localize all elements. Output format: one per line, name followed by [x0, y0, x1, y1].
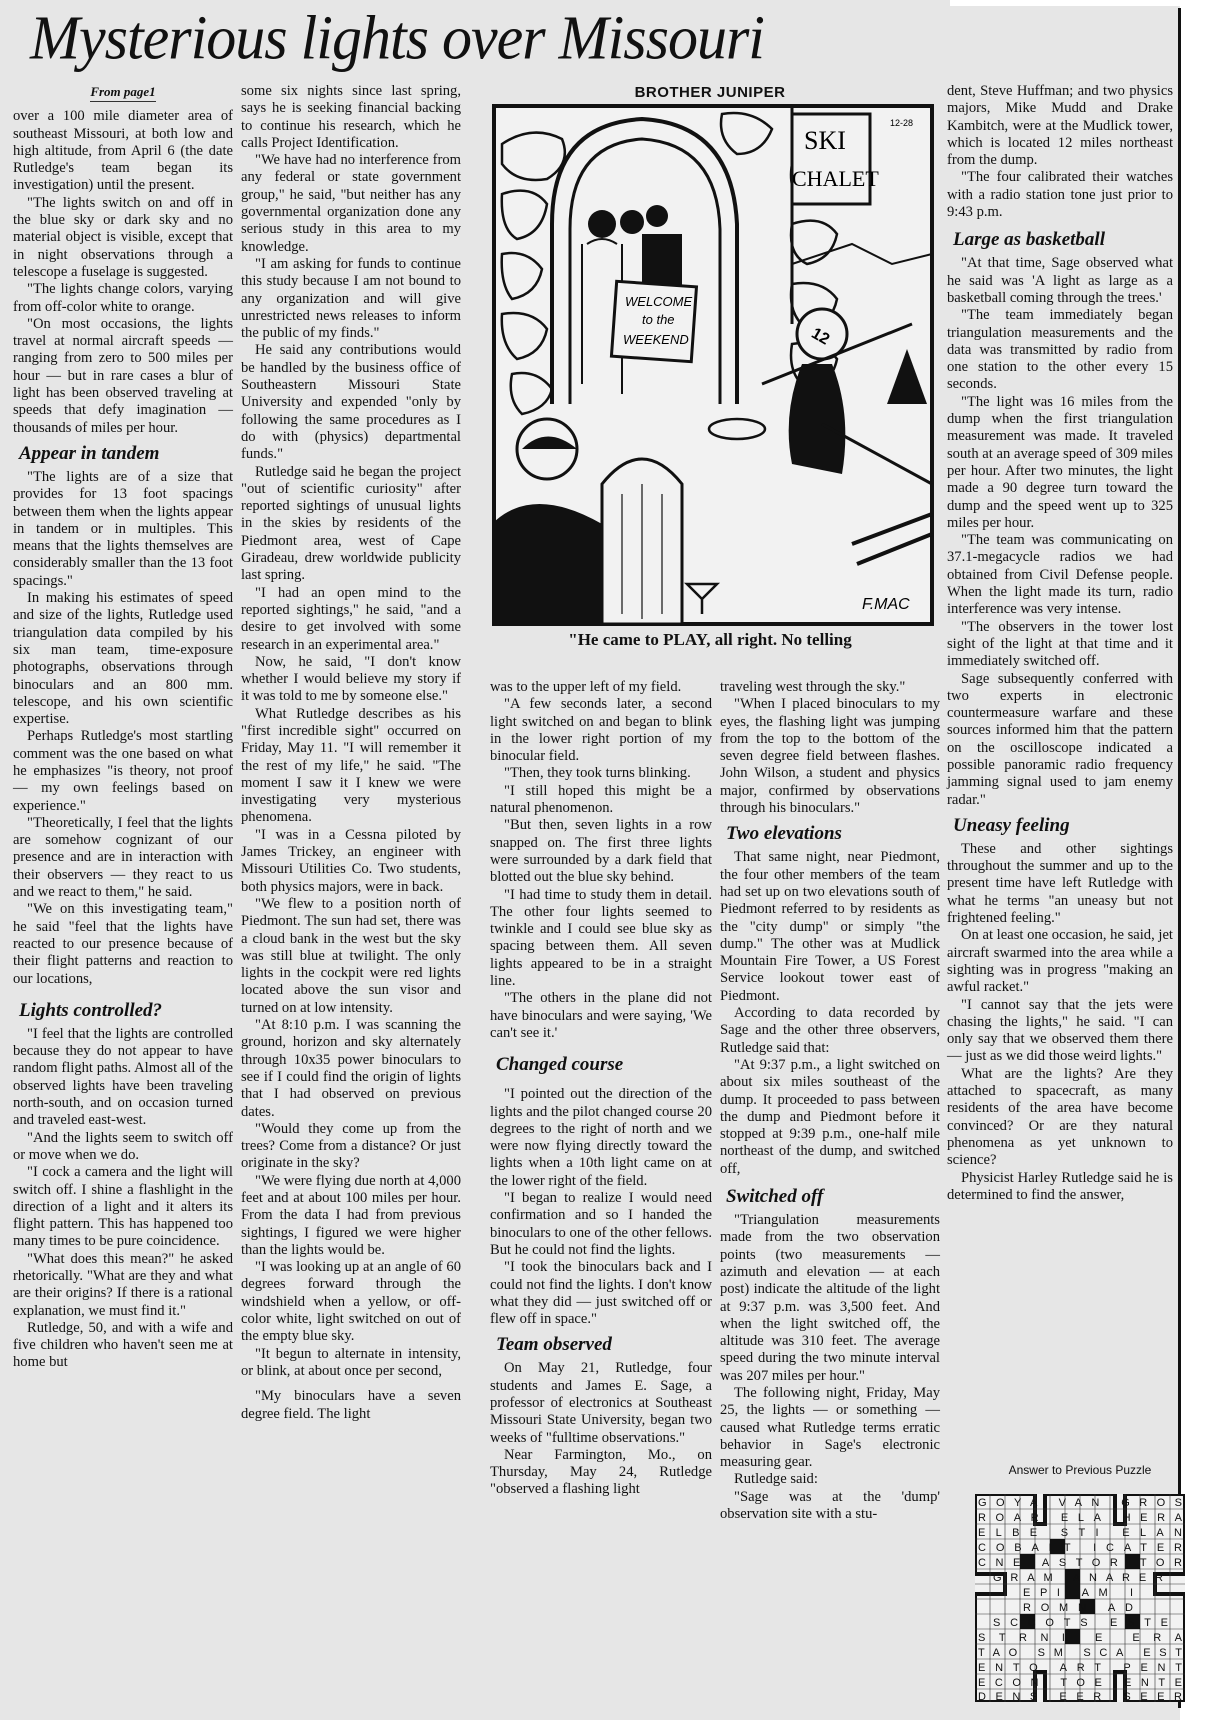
paragraph: "I took the binoculars back and I could …	[490, 1259, 712, 1328]
paragraph: "When I placed binoculars to my eyes, th…	[720, 696, 940, 817]
article-column-3: was to the upper left of my field. "A fe…	[490, 679, 712, 1499]
headline: Mysterious lights over Missouri	[30, 2, 764, 74]
paragraph: "Triangulation measurements made from th…	[720, 1212, 940, 1385]
subhead: Changed course	[496, 1054, 712, 1076]
paragraph: "At 8:10 p.m. I was scanning the ground,…	[241, 1017, 461, 1121]
paragraph: Rutledge said:	[720, 1471, 940, 1488]
cartoonist-signature: F.MAC	[862, 596, 910, 613]
paragraph: was to the upper left of my field.	[490, 679, 712, 696]
paragraph: "The observers in the tower lost sight o…	[947, 619, 1173, 671]
welcome-sign-line-2: to the	[642, 312, 675, 327]
paragraph: "I had time to study them in detail. The…	[490, 887, 712, 991]
paragraph: "The others in the plane did not have bi…	[490, 990, 712, 1042]
paragraph: On at least one occasion, he said, jet a…	[947, 927, 1173, 996]
paragraph: over a 100 mile diameter area of southea…	[13, 108, 233, 194]
subhead: Switched off	[726, 1186, 940, 1208]
subhead: Lights controlled?	[19, 1000, 233, 1022]
jump-line: From page1	[13, 83, 233, 100]
page-margin	[950, 0, 1180, 6]
paragraph: "I still hoped this might be a natural p…	[490, 783, 712, 818]
paragraph: "We on this investigating team," he said…	[13, 901, 233, 987]
paragraph: "I had an open mind to the reported sigh…	[241, 585, 461, 654]
paragraph: "Then, they took turns blinking.	[490, 765, 712, 782]
paragraph: "I cock a camera and the light will swit…	[13, 1164, 233, 1250]
paragraph: "Sage was at the 'dump' observation site…	[720, 1489, 940, 1524]
paragraph: According to data recorded by Sage and t…	[720, 1005, 940, 1057]
paragraph: "My binoculars have a seven degree field…	[241, 1388, 461, 1423]
paragraph: Rutledge said he began the project "out …	[241, 464, 461, 585]
paragraph: Rutledge, 50, and with a wife and five c…	[13, 1320, 233, 1372]
paragraph: "I was in a Cessna piloted by James Tric…	[241, 827, 461, 896]
welcome-sign-line-3: WEEKEND	[623, 332, 689, 347]
paragraph: In making his estimates of speed and siz…	[13, 590, 233, 728]
paragraph: "It begun to alternate in intensity, or …	[241, 1346, 461, 1381]
paragraph: "At that time, Sage observed what he sai…	[947, 255, 1173, 307]
paragraph: "Theoretically, I feel that the lights a…	[13, 815, 233, 901]
article-column-1: From page1 over a 100 mile diameter area…	[13, 83, 233, 1372]
subhead: Two elevations	[726, 823, 940, 845]
paragraph: On May 21, Rutledge, four students and J…	[490, 1360, 712, 1446]
paragraph: "The light was 16 miles from the dump wh…	[947, 394, 1173, 532]
paragraph: Near Farmington, Mo., on Thursday, May 2…	[490, 1447, 712, 1499]
paragraph: What Rutledge describes as his "first in…	[241, 706, 461, 827]
article-column-2: some six nights since last spring, says …	[241, 83, 461, 1423]
paragraph: Now, he said, "I don't know whether I wo…	[241, 654, 461, 706]
brother-juniper-cartoon: WELCOME to the WEEKEND SKI CHALET 12-28 …	[492, 104, 934, 626]
chalet-sign-line-1: SKI	[804, 126, 846, 155]
paragraph: "We flew to a position north of Piedmont…	[241, 896, 461, 1017]
paragraph: He said any contributions would be handl…	[241, 342, 461, 463]
paragraph: "On most occasions, the lights travel at…	[13, 316, 233, 437]
paragraph: "We have had no interference from any fe…	[241, 152, 461, 256]
puzzle-title: Answer to Previous Puzzle	[960, 1463, 1200, 1477]
paragraph: "I was looking up at an angle of 60 degr…	[241, 1259, 461, 1345]
paragraph: "The team was communicating on 37.1-mega…	[947, 532, 1173, 618]
paragraph: "Would they come up from the trees? Come…	[241, 1121, 461, 1173]
paragraph: "The team immediately began triangulatio…	[947, 307, 1173, 393]
welcome-sign-line-1: WELCOME	[625, 294, 693, 309]
paragraph: "But then, seven lights in a row snapped…	[490, 817, 712, 886]
chalet-sign-line-2: CHALET	[792, 166, 879, 191]
column-rule	[1178, 8, 1181, 1708]
comic-caption: "He came to PLAY, all right. No telling	[480, 630, 940, 650]
paragraph: "The lights change colors, varying from …	[13, 281, 233, 316]
paragraph: Physicist Harley Rutledge said he is det…	[947, 1170, 1173, 1205]
paragraph: "I feel that the lights are controlled b…	[13, 1026, 233, 1130]
paragraph: "I am asking for funds to continue this …	[241, 256, 461, 342]
paragraph: The following night, Friday, May 25, the…	[720, 1385, 940, 1471]
paragraph: "The lights switch on and off in the blu…	[13, 195, 233, 281]
comic-date: 12-28	[890, 118, 913, 128]
paragraph: "At 9:37 p.m., a light switched on about…	[720, 1057, 940, 1178]
paragraph: traveling west through the sky."	[720, 679, 940, 696]
paragraph: "A few seconds later, a second light swi…	[490, 696, 712, 765]
paragraph: "I cannot say that the jets were chasing…	[947, 997, 1173, 1066]
subhead: Team observed	[496, 1334, 712, 1356]
paragraph: "We were flying due north at 4,000 feet …	[241, 1173, 461, 1259]
paragraph: "I pointed out the direction of the ligh…	[490, 1086, 712, 1190]
subhead: Appear in tandem	[19, 443, 233, 465]
paragraph: "The lights are of a size that provides …	[13, 469, 233, 590]
paragraph: What are the lights? Are they attached t…	[947, 1066, 1173, 1170]
article-column-5: dent, Steve Huffman; and two physics maj…	[947, 83, 1173, 1204]
subhead: Uneasy feeling	[953, 815, 1173, 837]
paragraph: That same night, near Piedmont, the four…	[720, 849, 940, 1005]
subhead: Large as basketball	[953, 229, 1173, 251]
comic-title: BROTHER JUNIPER	[480, 84, 940, 101]
paragraph: Sage subsequently conferred with two exp…	[947, 671, 1173, 809]
paragraph: These and other sightings throughout the…	[947, 841, 1173, 927]
article-column-4: traveling west through the sky." "When I…	[720, 679, 940, 1523]
paragraph: "I began to realize I would need confirm…	[490, 1190, 712, 1259]
paragraph: Perhaps Rutledge's most startling commen…	[13, 728, 233, 814]
paragraph: some six nights since last spring, says …	[241, 83, 461, 152]
crossword-answer-grid: GOYA VAN GROS ROAR ELA HERA ELBE STI ELA…	[975, 1494, 1185, 1702]
paragraph: "What does this mean?" he asked rhetoric…	[13, 1251, 233, 1320]
paragraph: "The four calibrated their watches with …	[947, 169, 1173, 221]
paragraph: dent, Steve Huffman; and two physics maj…	[947, 83, 1173, 169]
paragraph: "And the lights seem to switch off or mo…	[13, 1130, 233, 1165]
